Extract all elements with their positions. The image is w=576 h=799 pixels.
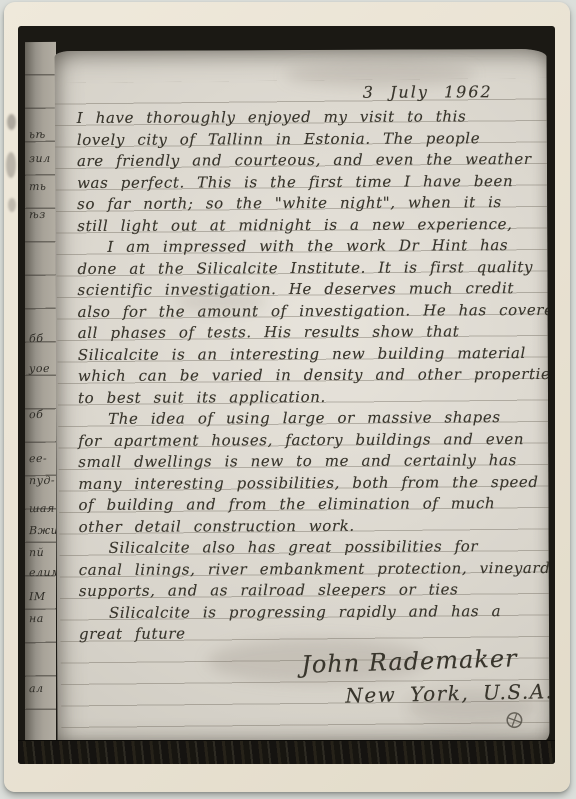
letter-line: The idea of using large or massive shape… [78, 407, 544, 431]
letter-line: scientific investigation. He deserves mu… [77, 278, 543, 302]
letter-body: I have thoroughly enjoyed my visit to th… [77, 106, 545, 646]
letter-date: 3 July 1962 [363, 82, 493, 102]
letter-line: I have thoroughly enjoyed my visit to th… [77, 106, 543, 130]
photo-paper-print: ьѣ зил ть ѣз бб уое об ее- пуд- [4, 2, 570, 792]
letter-line: canal linings, river embankment protecti… [79, 557, 545, 581]
edge-fragment: пуд- [29, 474, 55, 487]
letter-line: of building and from the elimination of … [78, 493, 544, 517]
letter-line: lovely city of Tallinn in Estonia. The p… [77, 127, 543, 151]
letter-line: which can be varied in density and other… [78, 364, 544, 388]
letter-line: great future [79, 622, 545, 646]
edge-fragment: ІМ [29, 590, 46, 603]
signature-location: New York, U.S.A. [345, 679, 549, 708]
letter-line: small dwellings is new to me and certain… [78, 450, 544, 474]
letter-line: Silicalcite is an interesting new buildi… [78, 342, 544, 366]
edge-fragment: ѣз [29, 208, 46, 221]
edge-fragment: шая [29, 502, 55, 515]
letter-line: to best suit its application. [78, 385, 544, 409]
edge-fragment: бб [29, 332, 43, 345]
edge-fragment: уое [29, 362, 50, 375]
letter-line: still light out at midnight is a new exp… [77, 213, 543, 237]
letter-line: all phases of tests. His results show th… [78, 321, 544, 345]
border-smudge [6, 152, 16, 178]
letter-line: are friendly and courteous, and even the… [77, 149, 543, 173]
letter-line: many interesting possibilities, both fro… [78, 471, 544, 495]
border-smudge [8, 198, 16, 212]
letter-line: done at the Silicalcite Institute. It is… [77, 256, 543, 280]
letter-line: Silicalcite is progressing rapidly and h… [79, 600, 545, 624]
letter-line: also for the amount of investigation. He… [78, 299, 544, 323]
adjacent-page-edge: ьѣ зил ть ѣз бб уое об ее- пуд- [25, 42, 56, 746]
letter-line: supports, and as railroad sleepers or ti… [79, 579, 545, 603]
letter-line: other detail construction work. [79, 514, 545, 538]
letter-line: I am impressed with the work Dr Hint has [77, 235, 543, 259]
letter-line: Silicalcite also has great possibilities… [79, 536, 545, 560]
edge-fragment: пй [29, 546, 44, 559]
letter-line: for apartment houses, factory buildings … [78, 428, 544, 452]
border-smudge [7, 114, 16, 130]
edge-fragment: Вжив [29, 524, 56, 537]
edge-fragment: елим [29, 566, 56, 579]
edge-fragment: зил [29, 152, 51, 165]
letter-line: so far north; so the "white night", when… [77, 192, 543, 216]
letter-page: 3 July 1962 I have thoroughly enjoyed my… [54, 49, 549, 743]
edge-fragment: на [29, 612, 44, 625]
edge-fragment: ал [29, 682, 44, 695]
edge-fragment: ть [29, 180, 46, 193]
photograph: ьѣ зил ть ѣз бб уое об ее- пуд- [18, 26, 555, 764]
edge-fragment: ее- [29, 452, 47, 465]
edge-fragment: ьѣ [29, 128, 46, 141]
edge-fragment: об [29, 408, 43, 421]
edge-fragments: ьѣ зил ть ѣз бб уое об ее- пуд- [25, 42, 56, 746]
letter-line: was perfect. This is the first time I ha… [77, 170, 543, 194]
table-surface [18, 740, 555, 764]
